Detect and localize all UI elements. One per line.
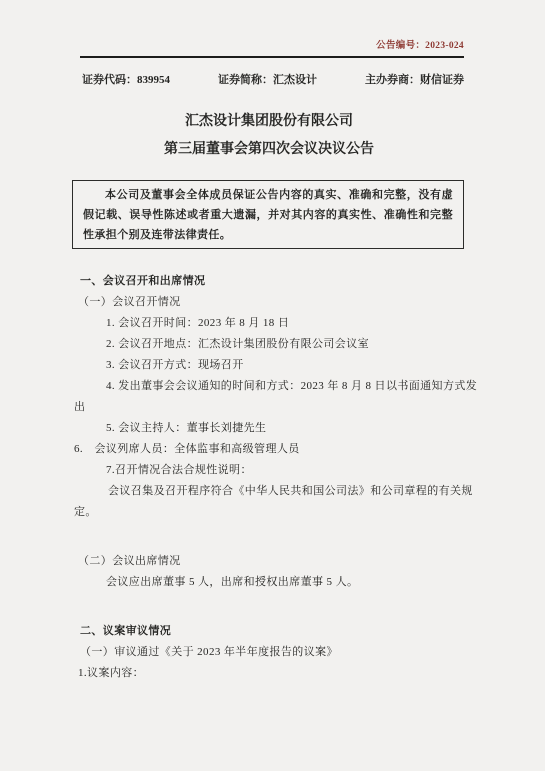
- header-divider: [80, 56, 464, 58]
- notice-number: 公告编号：2023-024: [74, 37, 464, 51]
- body-line: （二）会议出席情况: [74, 551, 464, 572]
- disclaimer-box: 本公司及董事会全体成员保证公告内容的真实、准确和完整，没有虚假记载、误导性陈述或…: [72, 180, 464, 249]
- body-line: 3. 会议召开方式：现场召开: [74, 355, 464, 376]
- blank-line: [74, 593, 464, 621]
- body-line: 4. 发出董事会会议通知的时间和方式：2023 年 8 月 8 日以书面通知方式…: [74, 376, 464, 397]
- body-line: 二、议案审议情况: [74, 621, 464, 642]
- body-line: 2. 会议召开地点：汇杰设计集团股份有限公司会议室: [74, 334, 464, 355]
- body-line: 7.召开情况合法合规性说明：: [74, 460, 464, 481]
- sponsor-broker: 主办券商：财信证券: [365, 71, 464, 87]
- body-line: 5. 会议主持人：董事长刘捷先生: [74, 418, 464, 439]
- body-line: 1.议案内容：: [74, 663, 464, 684]
- page-content: 公告编号：2023-024 证券代码：839954 证券简称：汇杰设计 主办券商…: [74, 0, 464, 684]
- document-page: 公告编号：2023-024 证券代码：839954 证券简称：汇杰设计 主办券商…: [0, 0, 545, 771]
- body-line: （一）审议通过《关于 2023 年半年度报告的议案》: [74, 642, 464, 663]
- announcement-title: 第三届董事会第四次会议决议公告: [74, 136, 464, 164]
- stock-code: 证券代码：839954: [82, 71, 170, 87]
- blank-line: [74, 523, 464, 551]
- body-line: 1. 会议召开时间：2023 年 8 月 18 日: [74, 313, 464, 334]
- body-line: 定。: [74, 502, 464, 523]
- body-line: 6. 会议列席人员：全体监事和高级管理人员: [74, 439, 464, 460]
- securities-header-row: 证券代码：839954 证券简称：汇杰设计 主办券商：财信证券: [82, 71, 464, 87]
- stock-short-name: 证券简称：汇杰设计: [218, 71, 317, 87]
- body-line: 会议召集及召开程序符合《中华人民共和国公司法》和公司章程的有关规: [74, 481, 464, 502]
- body-line: （一）会议召开情况: [74, 292, 464, 313]
- body-line: 出: [74, 397, 464, 418]
- body-line: 一、会议召开和出席情况: [74, 271, 464, 292]
- body-text: 一、会议召开和出席情况（一）会议召开情况1. 会议召开时间：2023 年 8 月…: [74, 271, 464, 684]
- company-title: 汇杰设计集团股份有限公司: [74, 108, 464, 136]
- body-line: 会议应出席董事 5 人，出席和授权出席董事 5 人。: [74, 572, 464, 593]
